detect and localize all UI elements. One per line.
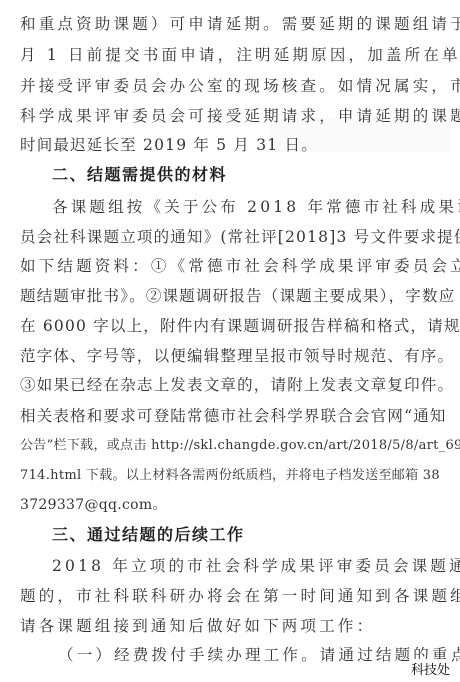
paragraph-line: 2018 年立项的市社会科学成果评审委员会课题通过结	[52, 556, 420, 576]
paragraph-line: ③如果已经在杂志上发表文章的，请附上发表文章复印件。	[20, 375, 420, 395]
section-heading-materials: 二、结题需提供的材料	[52, 165, 227, 185]
section-heading-follow-up: 三、通过结题的后续工作	[52, 525, 245, 545]
paragraph-line: 和重点资助课题）可申请延期。需要延期的课题组请于 12	[20, 14, 420, 34]
paragraph-line: （一）经费拨付手续办理工作。请通过结题的重点资助	[58, 645, 426, 665]
paragraph-line: 员会社科课题立项的通知》(常社评[2018]3 号文件要求提供	[20, 227, 420, 247]
paragraph-line: 714.html 下载。以上材料各需两份纸质档，并将电子档发送至邮箱 38	[20, 466, 420, 486]
paragraph-line: 科学成果评审委员会可接受延期请求，申请延期的课题研究	[20, 106, 420, 126]
paragraph-line: 相关表格和要求可登陆常德市社会科学界联合会官网“通知	[20, 406, 420, 426]
paragraph-line: 如下结题资料：①《常德市社会科学成果评审委员会立项课	[20, 256, 420, 276]
email-address[interactable]: 3729337@qq.com。	[20, 495, 420, 515]
paragraph-line: 时间最迟延长至 2019 年 5 月 31 日。	[20, 135, 420, 155]
paragraph-line: 请各课题组接到通知后做好如下两项工作：	[20, 616, 420, 636]
paragraph-line-url[interactable]: 公告”栏下载，或点击 http://skl.changde.gov.cn/art…	[20, 436, 420, 456]
paragraph-line: 在 6000 字以上，附件内有课题调研报告样稿和格式，请规	[20, 316, 420, 336]
paragraph-line: 各课题组按《关于公布 2018 年常德市社科成果评审委	[52, 197, 420, 217]
paragraph-line: 范字体、字号等，以便编辑整理呈报市领导时规范、有序。	[20, 346, 420, 366]
watermark-label: 科技处	[409, 659, 452, 678]
document-page: 和重点资助课题）可申请延期。需要延期的课题组请于 12 月 1 日前提交书面申请…	[0, 0, 460, 682]
paragraph-line: 月 1 日前提交书面申请，注明延期原因，加盖所在单位公章，	[20, 45, 420, 65]
paragraph-line: 题的，市社科联科研办将会在第一时间通知到各课题组，并	[20, 586, 420, 606]
paragraph-line: 并接受评审委员会办公室的现场核查。如情况属实，市社会	[20, 76, 420, 96]
paragraph-line: 题结题审批书》。②课题调研报告（课题主要成果），字数应	[20, 286, 420, 306]
